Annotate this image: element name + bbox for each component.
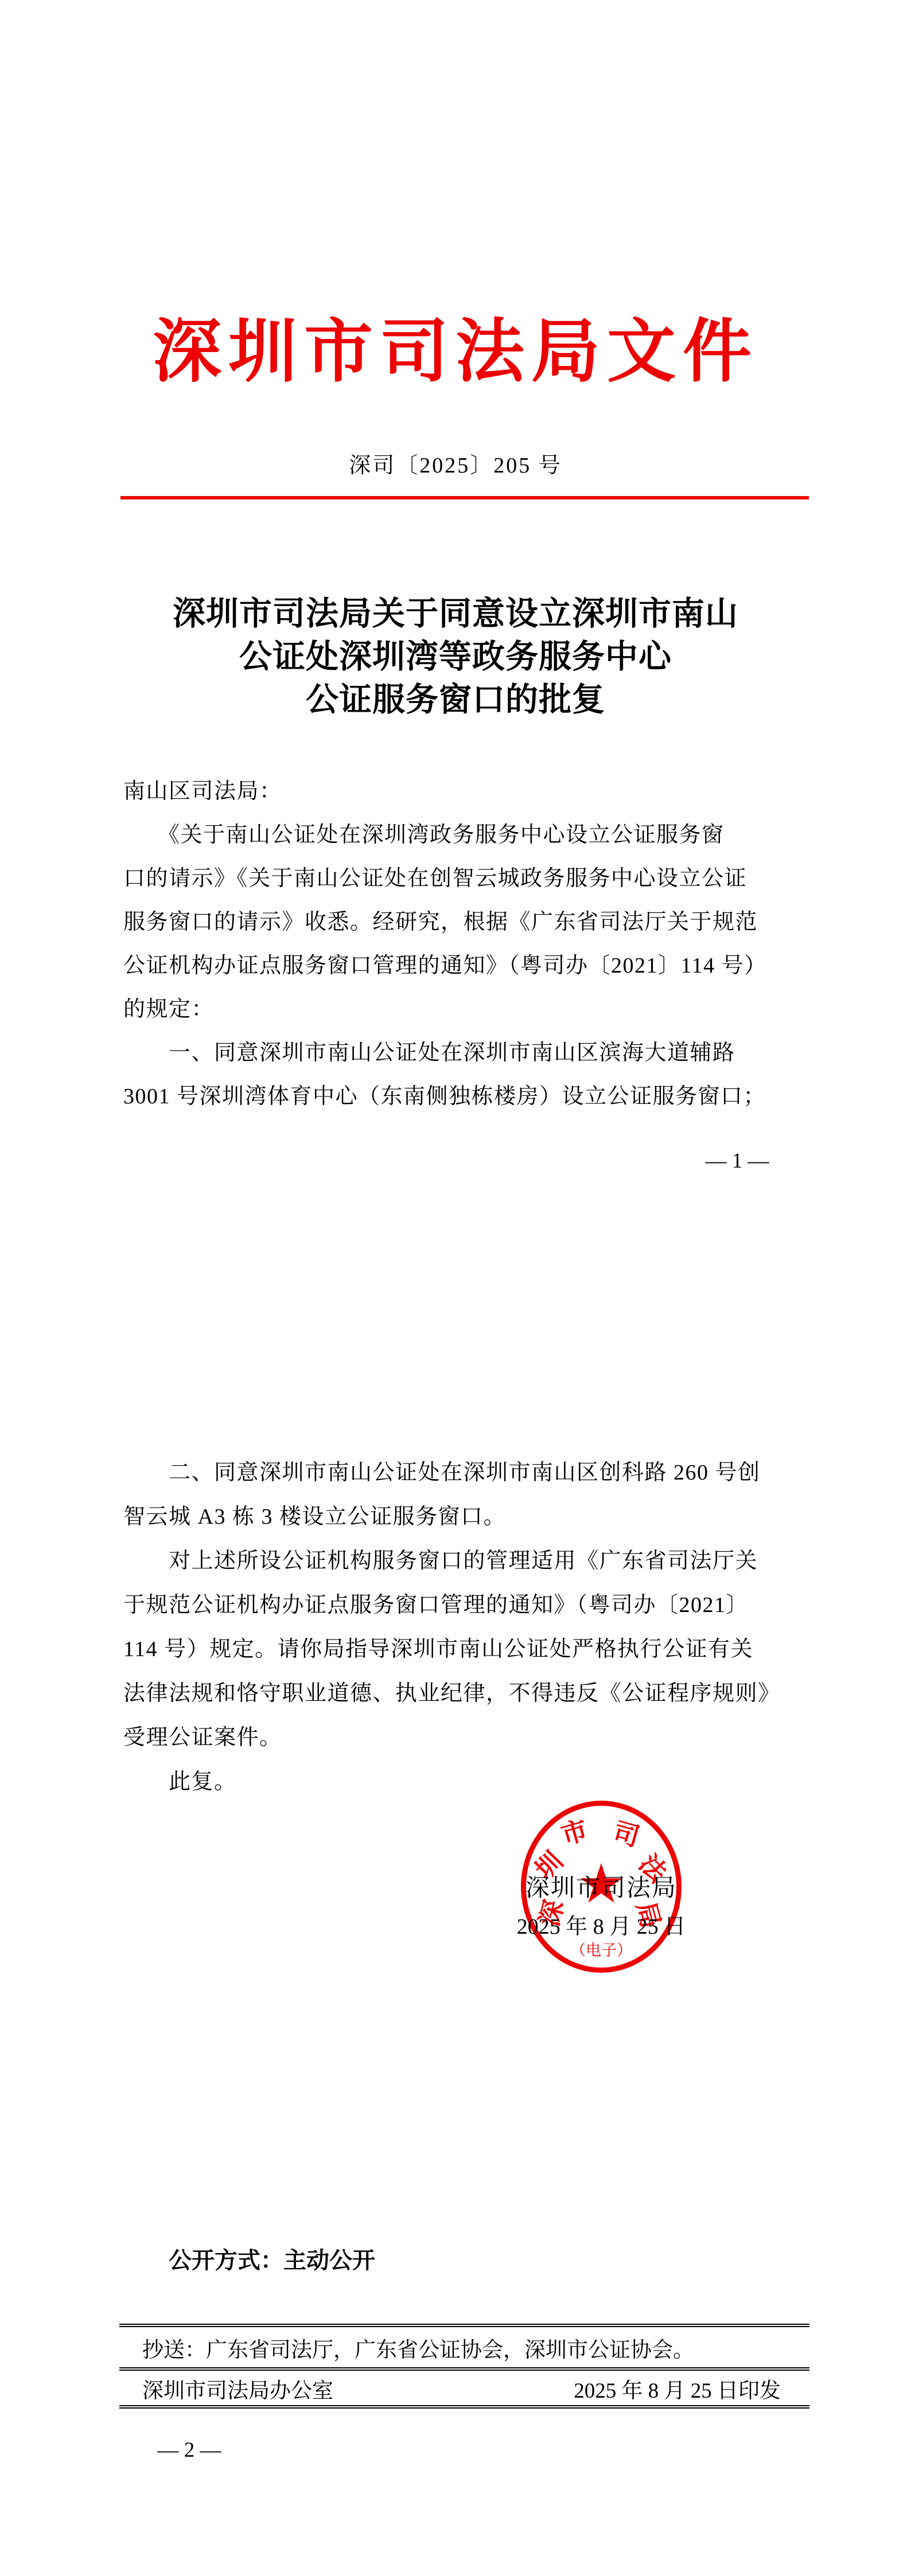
subject-line: 深圳市司法局关于同意设立深圳市南山 — [0, 592, 911, 635]
body-line: 一、同意深圳市南山公证处在深圳市南山区滨海大道辅路 — [123, 1031, 790, 1075]
body-line: 智云城 A3 栋 3 楼设立公证服务窗口。 — [123, 1495, 790, 1539]
subject-line: 公证处深圳湾等政务服务中心 — [0, 635, 911, 678]
official-document-page: { "colors": { "header_red": "#ec0404", "… — [0, 0, 911, 2576]
body-line: 于规范公证机构办证点服务窗口管理的通知》（粤司办〔2021〕 — [123, 1583, 790, 1627]
page1-page-number: — 1 — — [683, 1150, 792, 1172]
body-line: 服务窗口的请示》收悉。经研究，根据《广东省司法厅关于规范 — [123, 900, 790, 944]
body-line: 对上述所设公证机构服务窗口的管理适用《广东省司法厅关 — [123, 1539, 790, 1583]
subject-line: 公证服务窗口的批复 — [0, 678, 911, 721]
signature-date: 2025 年 8 月 25 日 — [504, 1916, 699, 1938]
salutation: 南山区司法局： — [123, 770, 790, 813]
body-line: 《关于南山公证处在深圳湾政务服务中心设立公证服务窗 — [123, 813, 790, 857]
signature-organization: 深圳市司法局 — [521, 1876, 682, 1900]
body-line: 二、同意深圳市南山公证处在深圳市南山区创科路 260 号创 — [123, 1451, 790, 1495]
seal-electronic-label: （电子） — [521, 1942, 682, 1959]
print-date: 2025 年 8 月 25 日印发 — [574, 2380, 781, 2402]
page2-page-number: — 2 — — [143, 2440, 235, 2461]
body-line: 法律法规和恪守职业道德、执业纪律，不得违反《公证程序规则》 — [123, 1672, 790, 1716]
body-line: 受理公证案件。 — [123, 1716, 790, 1760]
footer-rule-top — [119, 2324, 809, 2327]
carbon-copy-line: 抄送：广东省司法厅，广东省公证协会，深圳市公证协会。 — [142, 2340, 694, 2362]
document-subject-heading: 深圳市司法局关于同意设立深圳市南山 公证处深圳湾等政务服务中心 公证服务窗口的批… — [0, 592, 911, 721]
body-line: 公证机构办证点服务窗口管理的通知》（粤司办〔2021〕114 号） — [123, 944, 790, 988]
document-reference-number: 深司〔2025〕205 号 — [0, 453, 911, 478]
footer-rule-bottom — [119, 2405, 809, 2409]
body-line: 口的请示》《关于南山公证处在创智云城政务服务中心设立公证 — [123, 857, 790, 900]
body-line: 的规定： — [123, 988, 790, 1031]
issuing-office-row: 深圳市司法局办公室 2025 年 8 月 25 日印发 — [119, 2380, 809, 2402]
document-header-title: 深圳市司法局文件 — [0, 310, 911, 395]
red-header-rule — [120, 496, 809, 499]
page2-body-text: 二、同意深圳市南山公证处在深圳市南山区创科路 260 号创 智云城 A3 栋 3… — [123, 1451, 790, 1804]
page1-body-text: 南山区司法局： 《关于南山公证处在深圳湾政务服务中心设立公证服务窗 口的请示》《… — [123, 770, 790, 1118]
issuing-office: 深圳市司法局办公室 — [142, 2380, 333, 2402]
footer-rule-middle — [119, 2367, 809, 2371]
body-line: 3001 号深圳湾体育中心（东南侧独栋楼房）设立公证服务窗口； — [123, 1075, 790, 1118]
body-line: 114 号）规定。请你局指导深圳市南山公证处严格执行公证有关 — [123, 1627, 790, 1672]
closing-line: 此复。 — [123, 1760, 790, 1804]
disclosure-method-label: 公开方式：主动公开 — [169, 2249, 375, 2272]
